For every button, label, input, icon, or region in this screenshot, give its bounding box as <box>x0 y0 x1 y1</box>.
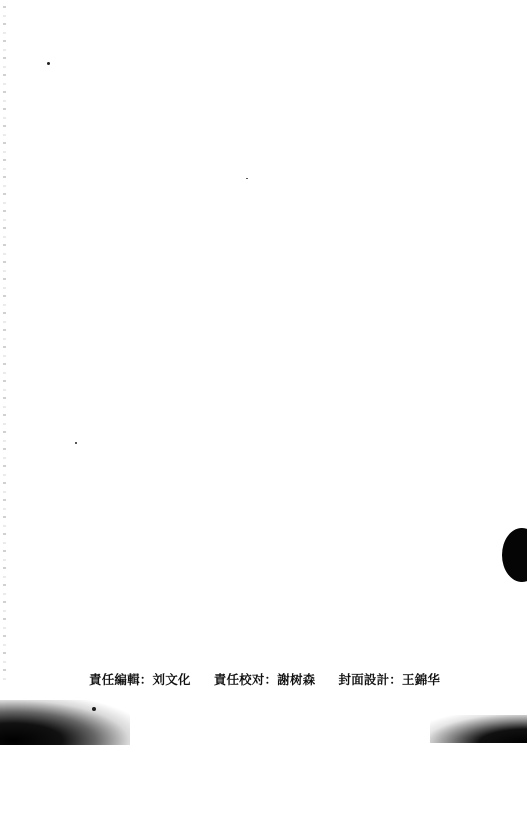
credit-editor-name: 刘文化 <box>153 670 191 688</box>
dust-speck <box>246 178 248 179</box>
credit-editor-role: 責任編輯： <box>89 670 153 688</box>
dust-speck <box>47 62 50 65</box>
scan-shadow-bottom-left <box>0 700 130 745</box>
scan-shadow-bottom-right <box>430 715 527 743</box>
credits-line: 責任編輯：刘文化 責任校对：謝树森 封面設計：王錦华 <box>89 670 440 688</box>
credit-cover-designer-role: 封面設計： <box>339 670 403 688</box>
credit-cover-designer-name: 王錦华 <box>402 670 440 688</box>
dust-speck <box>75 442 77 444</box>
binding-edge-marks <box>3 0 6 680</box>
punched-hole-shadow <box>502 528 527 582</box>
scanned-page: 責任編輯：刘文化 責任校对：謝树森 封面設計：王錦华 <box>0 0 527 840</box>
credit-proofreader-name: 謝树森 <box>277 670 315 688</box>
credit-proofreader-role: 責任校对： <box>214 670 278 688</box>
